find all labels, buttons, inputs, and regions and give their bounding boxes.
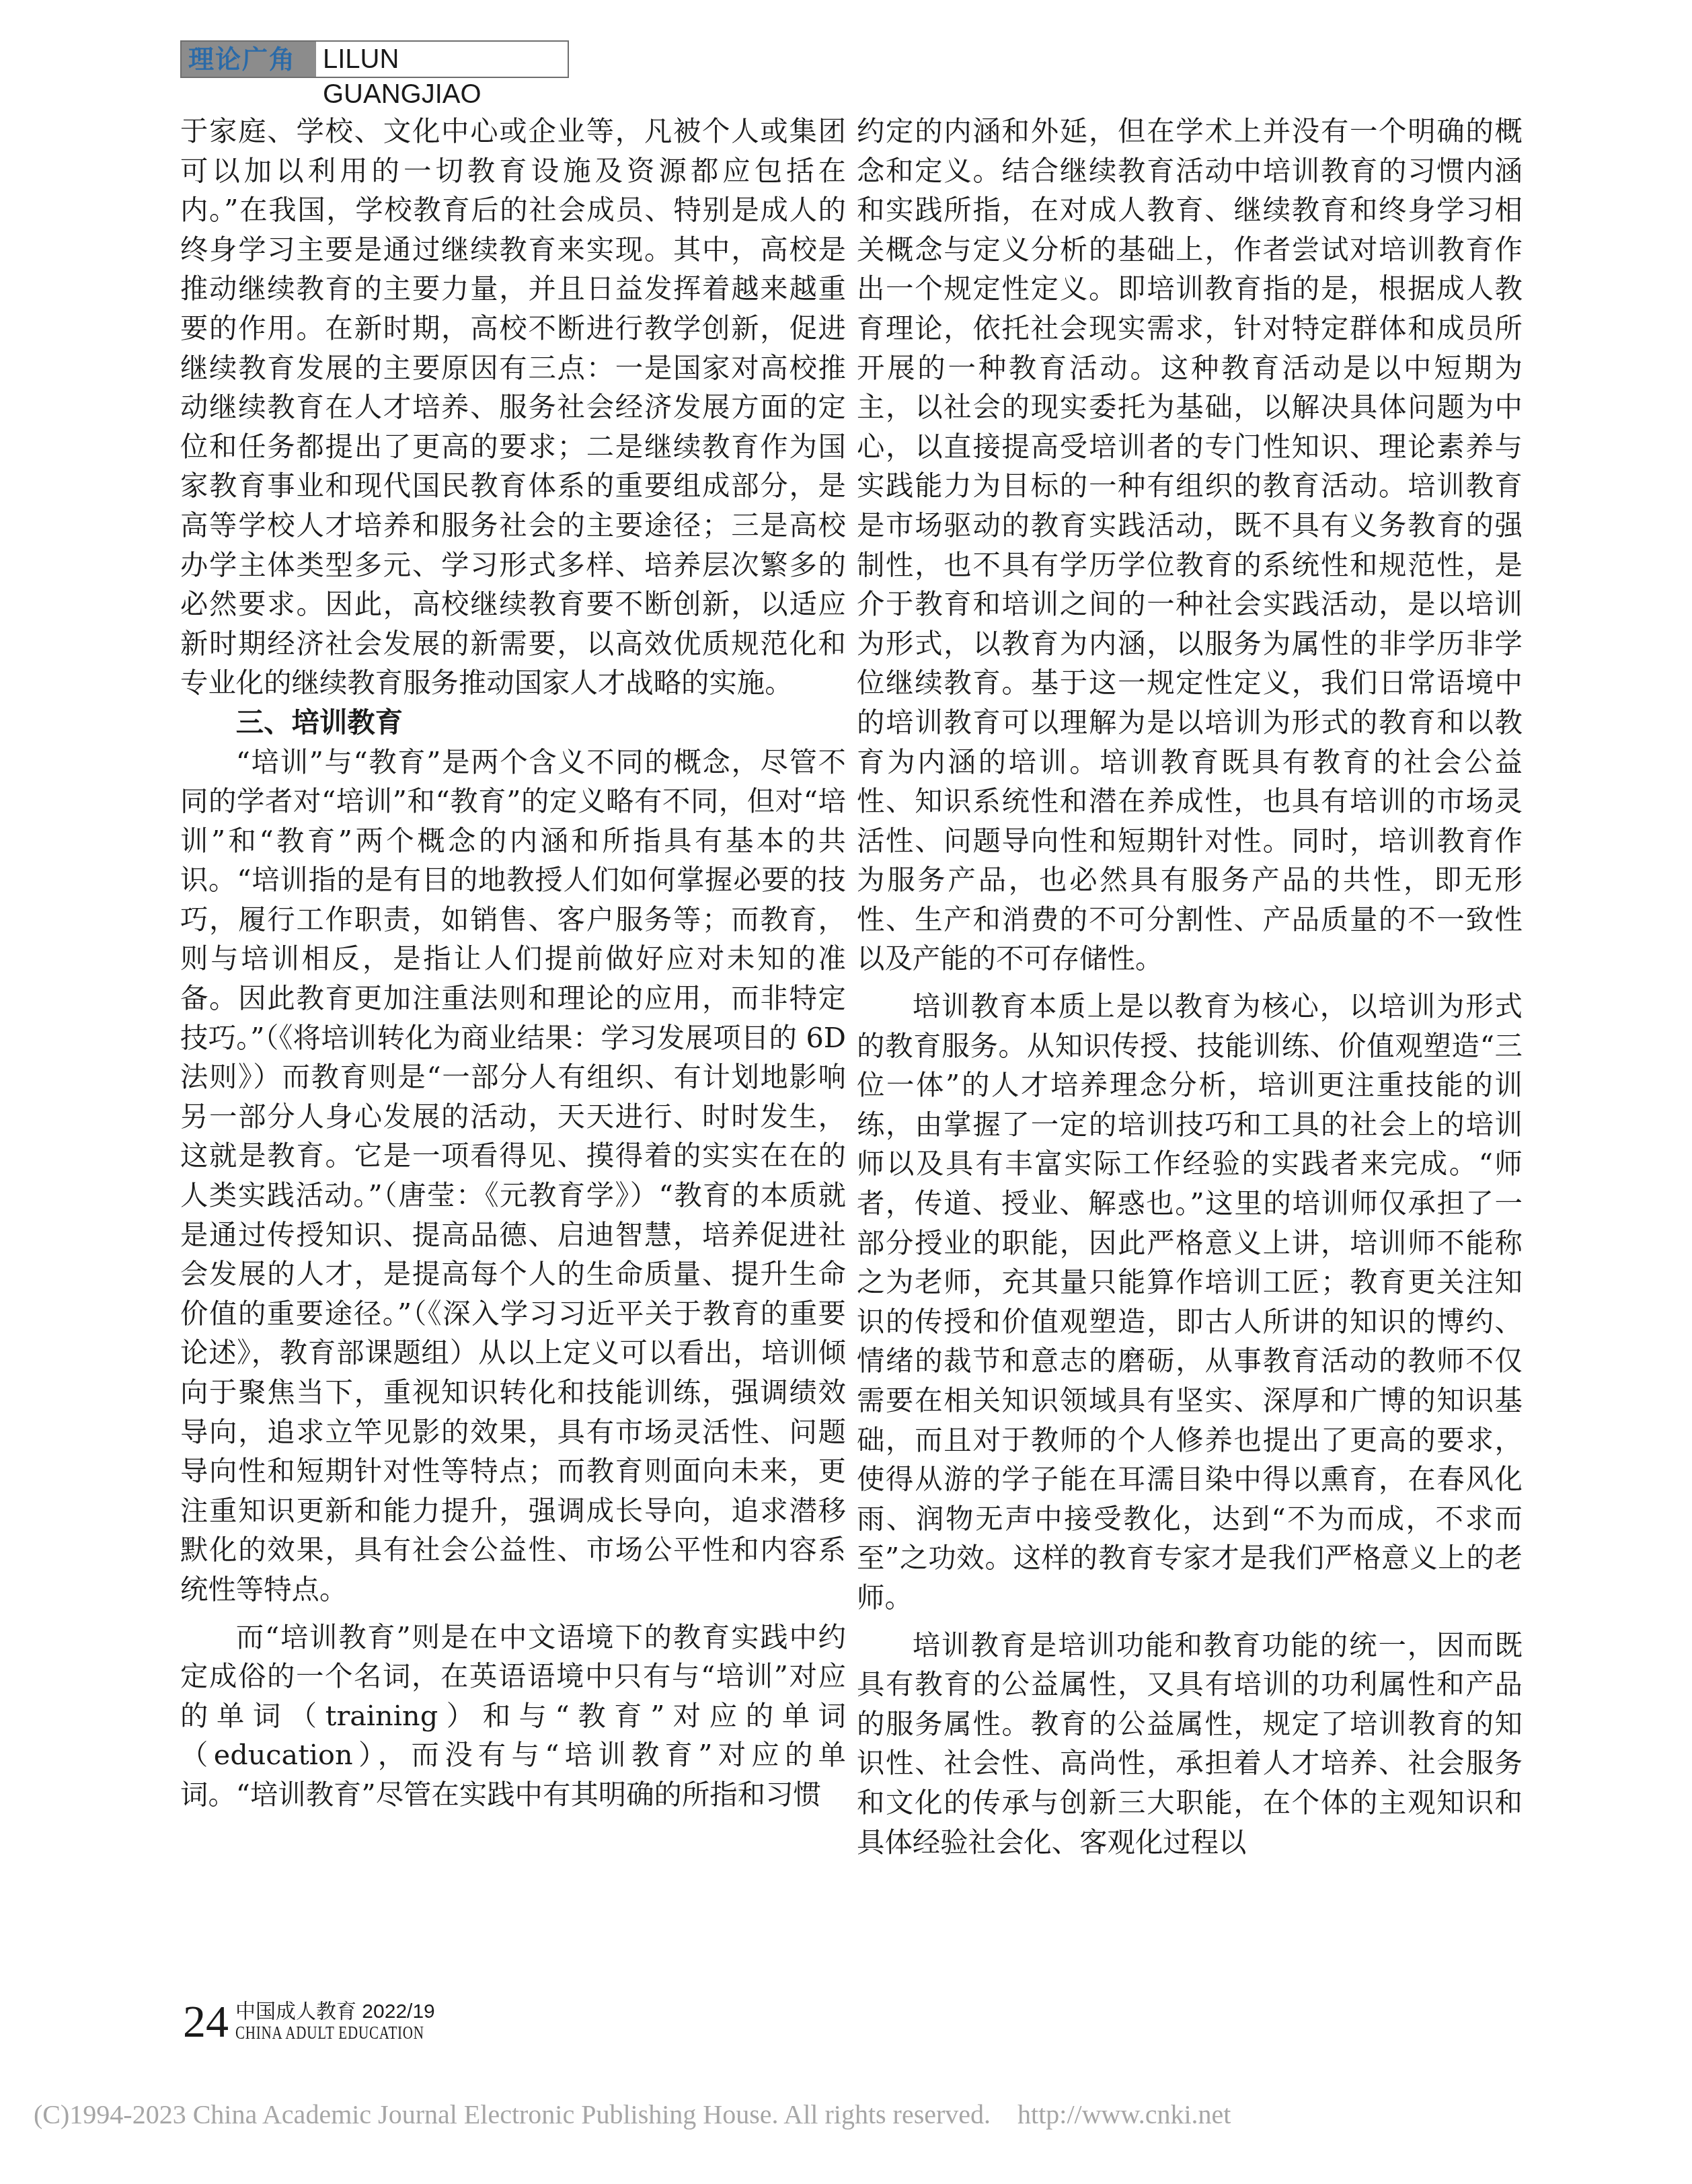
section-header-tag: 理论广角 LILUN GUANGJIAO bbox=[180, 40, 569, 78]
journal-title-cn: 中国成人教育 2022/19 bbox=[235, 2001, 477, 2023]
paragraph: 培训教育是培训功能和教育功能的统一，因而既具有教育的公益属性，又具有培训的功利属… bbox=[857, 1626, 1523, 1862]
right-column: 约定的内涵和外延，但在学术上并没有一个明确的概念和定义。结合继续教育活动中培训教… bbox=[857, 112, 1523, 1862]
page-footer: 24 中国成人教育 2022/19 CHINA ADULT EDUCATION bbox=[183, 2001, 477, 2043]
left-column: 于家庭、学校、文化中心或企业等，凡被个人或集团可以加以利用的一切教育设施及资源都… bbox=[180, 112, 846, 1815]
section-heading: 三、培训教育 bbox=[180, 703, 846, 743]
page-number: 24 bbox=[183, 2001, 229, 2041]
paragraph: 而“培训教育”则是在中文语境下的教育实践中约定成俗的一个名词，在英语语境中只有与… bbox=[180, 1618, 846, 1815]
section-label-en: LILUN GUANGJIAO bbox=[316, 42, 568, 77]
paragraph-continued: 于家庭、学校、文化中心或企业等，凡被个人或集团可以加以利用的一切教育设施及资源都… bbox=[180, 112, 846, 703]
paragraph: 培训教育本质上是以教育为核心，以培训为形式的教育服务。从知识传授、技能训练、价值… bbox=[857, 987, 1523, 1618]
journal-title-en: CHINA ADULT EDUCATION bbox=[235, 2023, 424, 2043]
journal-info: 中国成人教育 2022/19 CHINA ADULT EDUCATION bbox=[235, 2001, 477, 2043]
paragraph-continued: 约定的内涵和外延，但在学术上并没有一个明确的概念和定义。结合继续教育活动中培训教… bbox=[857, 112, 1523, 979]
paragraph: “培训”与“教育”是两个含义不同的概念，尽管不同的学者对“培训”和“教育”的定义… bbox=[180, 743, 846, 1610]
copyright-watermark: (C)1994-2023 China Academic Journal Elec… bbox=[34, 2099, 1231, 2130]
section-label-cn: 理论广角 bbox=[182, 42, 316, 77]
